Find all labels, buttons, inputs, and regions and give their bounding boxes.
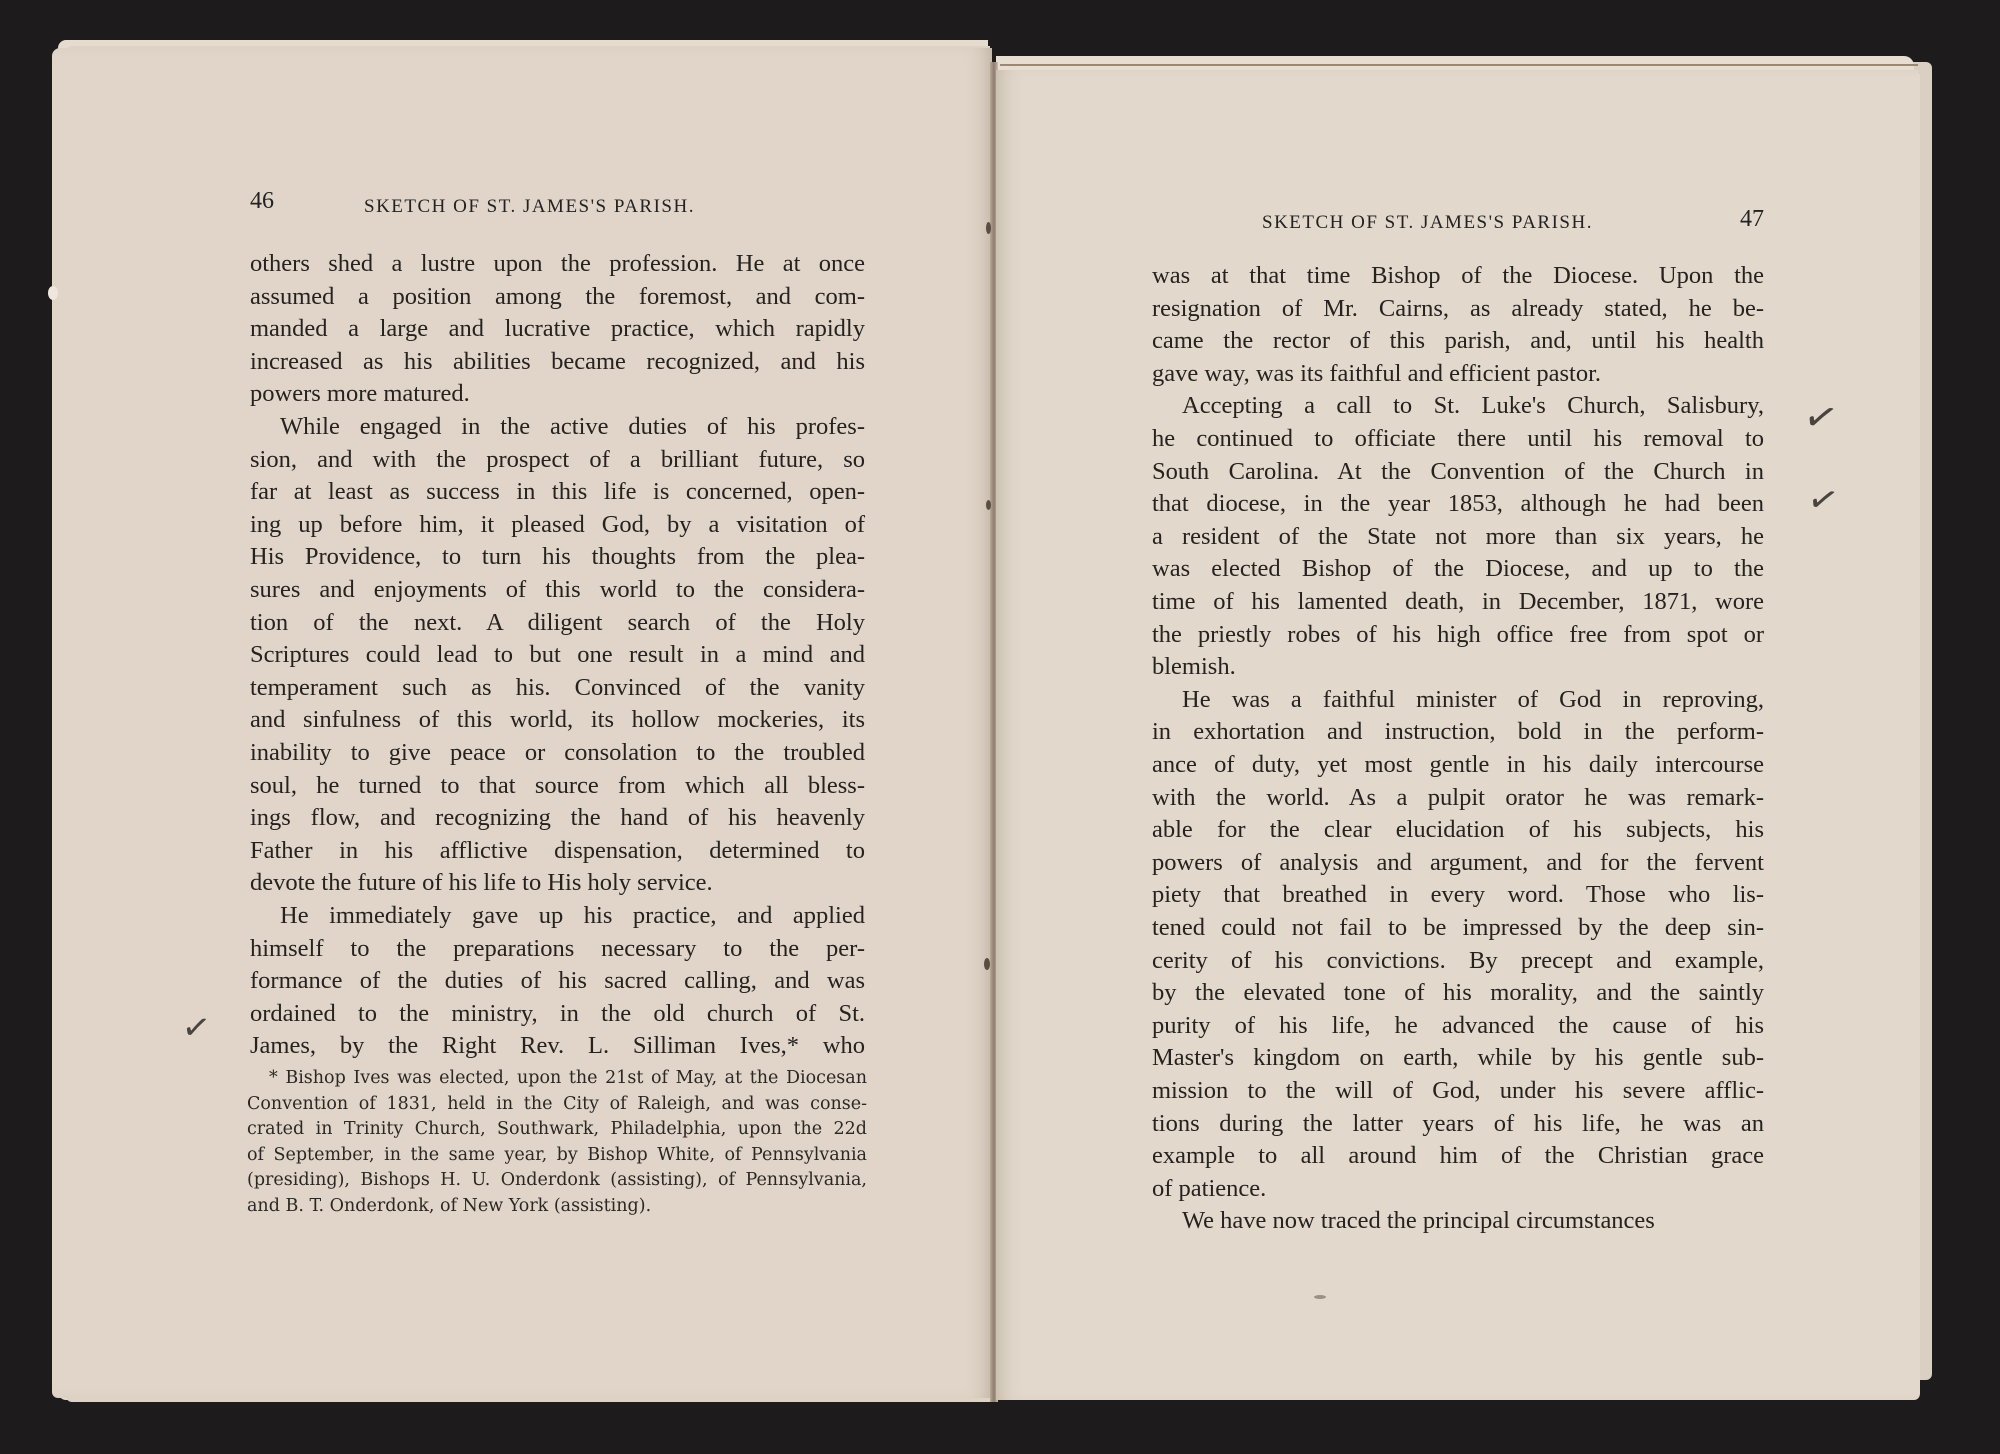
- binding-thread: [986, 500, 991, 510]
- text-line: mission to the will of God, under his se…: [1152, 1075, 1764, 1107]
- text-line: far at least as success in this life is …: [250, 476, 865, 508]
- text-line: the priestly robes of his high office fr…: [1152, 619, 1764, 651]
- text-line: temperament such as his. Convinced of th…: [250, 672, 865, 704]
- text-line: inability to give peace or consolation t…: [250, 737, 865, 769]
- text-line: While engaged in the active duties of hi…: [250, 411, 865, 443]
- text-line: Father in his afflictive dispensation, d…: [250, 835, 865, 867]
- text-line: time of his lamented death, in December,…: [1152, 586, 1764, 618]
- right-page: SKETCH OF ST. JAMES'S PARISH. 47 was at …: [996, 70, 1920, 1400]
- text-line: devote the future of his life to His hol…: [250, 867, 865, 899]
- text-line: Master's kingdom on earth, while by his …: [1152, 1042, 1764, 1074]
- text-line: ordained to the ministry, in the old chu…: [250, 998, 865, 1030]
- footnote-line: Convention of 1831, held in the City of …: [247, 1092, 867, 1117]
- text-line: gave way, was its faithful and efficient…: [1152, 358, 1764, 390]
- text-line: ance of duty, yet most gentle in his dai…: [1152, 749, 1764, 781]
- footnote-line: (presiding), Bishops H. U. Onderdonk (as…: [247, 1168, 867, 1193]
- text-line: We have now traced the principal circums…: [1152, 1205, 1764, 1237]
- text-line: powers more matured.: [250, 378, 865, 410]
- text-line: purity of his life, he advanced the caus…: [1152, 1010, 1764, 1042]
- text-line: cerity of his convictions. By precept an…: [1152, 945, 1764, 977]
- text-line: resignation of Mr. Cairns, as already st…: [1152, 293, 1764, 325]
- text-line: tions during the latter years of his lif…: [1152, 1108, 1764, 1140]
- text-line: sion, and with the prospect of a brillia…: [250, 444, 865, 476]
- text-line: formance of the duties of his sacred cal…: [250, 965, 865, 997]
- page-number: 46: [250, 188, 274, 215]
- text-line: of patience.: [1152, 1173, 1764, 1205]
- text-line: that diocese, in the year 1853, although…: [1152, 488, 1764, 520]
- text-line: by the elevated tone of his morality, an…: [1152, 977, 1764, 1009]
- text-line: with the world. As a pulpit orator he wa…: [1152, 782, 1764, 814]
- text-line: himself to the preparations necessary to…: [250, 933, 865, 965]
- text-line: piety that breathed in every word. Those…: [1152, 879, 1764, 911]
- text-line: South Carolina. At the Convention of the…: [1152, 456, 1764, 488]
- footnote-line: of September, in the same year, by Bisho…: [247, 1143, 867, 1168]
- text-line: sures and enjoyments of this world to th…: [250, 574, 865, 606]
- text-line: soul, he turned to that source from whic…: [250, 770, 865, 802]
- text-line: tion of the next. A diligent search of t…: [250, 607, 865, 639]
- text-line: tened could not fail to be impressed by …: [1152, 912, 1764, 944]
- text-line: He immediately gave up his practice, and…: [250, 900, 865, 932]
- text-line: able for the clear elucidation of his su…: [1152, 814, 1764, 846]
- pencil-check-mark-icon: ✓: [1803, 477, 1842, 524]
- pencil-check-mark-icon: ✓: [1799, 392, 1843, 445]
- text-line: powers of analysis and argument, and for…: [1152, 847, 1764, 879]
- text-line: He was a faithful minister of God in rep…: [1152, 684, 1764, 716]
- text-line: James, by the Right Rev. L. Silliman Ive…: [250, 1030, 865, 1062]
- running-head: SKETCH OF ST. JAMES'S PARISH.: [1262, 212, 1593, 234]
- right-page-top-edge: [1000, 64, 1918, 66]
- binding-thread: [984, 958, 990, 970]
- running-head: SKETCH OF ST. JAMES'S PARISH.: [364, 196, 695, 218]
- text-line: was elected Bishop of the Diocese, and u…: [1152, 553, 1764, 585]
- text-line: His Providence, to turn his thoughts fro…: [250, 541, 865, 573]
- text-line: came the rector of this parish, and, unt…: [1152, 325, 1764, 357]
- footnote-line: * Bishop Ives was elected, upon the 21st…: [247, 1066, 867, 1091]
- text-line: a resident of the State not more than si…: [1152, 521, 1764, 553]
- text-line: assumed a position among the foremost, a…: [250, 281, 865, 313]
- text-line: was at that time Bishop of the Diocese. …: [1152, 260, 1764, 292]
- text-line: in exhortation and instruction, bold in …: [1152, 716, 1764, 748]
- text-line: and sinfulness of this world, its hollow…: [250, 704, 865, 736]
- page-number: 47: [1740, 206, 1764, 233]
- text-line: manded a large and lucrative practice, w…: [250, 313, 865, 345]
- text-line: ings flow, and recognizing the hand of h…: [250, 802, 865, 834]
- footnote-line: crated in Trinity Church, Southwark, Phi…: [247, 1117, 867, 1142]
- page-tear-mark: [48, 286, 58, 300]
- text-line: increased as his abilities became recogn…: [250, 346, 865, 378]
- text-line: he continued to officiate there until hi…: [1152, 423, 1764, 455]
- text-line: Scriptures could lead to but one result …: [250, 639, 865, 671]
- text-line: example to all around him of the Christi…: [1152, 1140, 1764, 1172]
- text-line: Accepting a call to St. Luke's Church, S…: [1152, 390, 1764, 422]
- footnote-line: and B. T. Onderdonk, of New York (assist…: [247, 1194, 867, 1219]
- left-page: 46 SKETCH OF ST. JAMES'S PARISH. others …: [52, 48, 992, 1398]
- text-line: others shed a lustre upon the profession…: [250, 248, 865, 280]
- text-line: blemish.: [1152, 651, 1764, 683]
- text-line: ing up before him, it pleased God, by a …: [250, 509, 865, 541]
- pencil-check-mark-icon: ✓: [179, 1006, 213, 1050]
- page-blemish: [1314, 1295, 1326, 1299]
- binding-thread: [986, 222, 991, 234]
